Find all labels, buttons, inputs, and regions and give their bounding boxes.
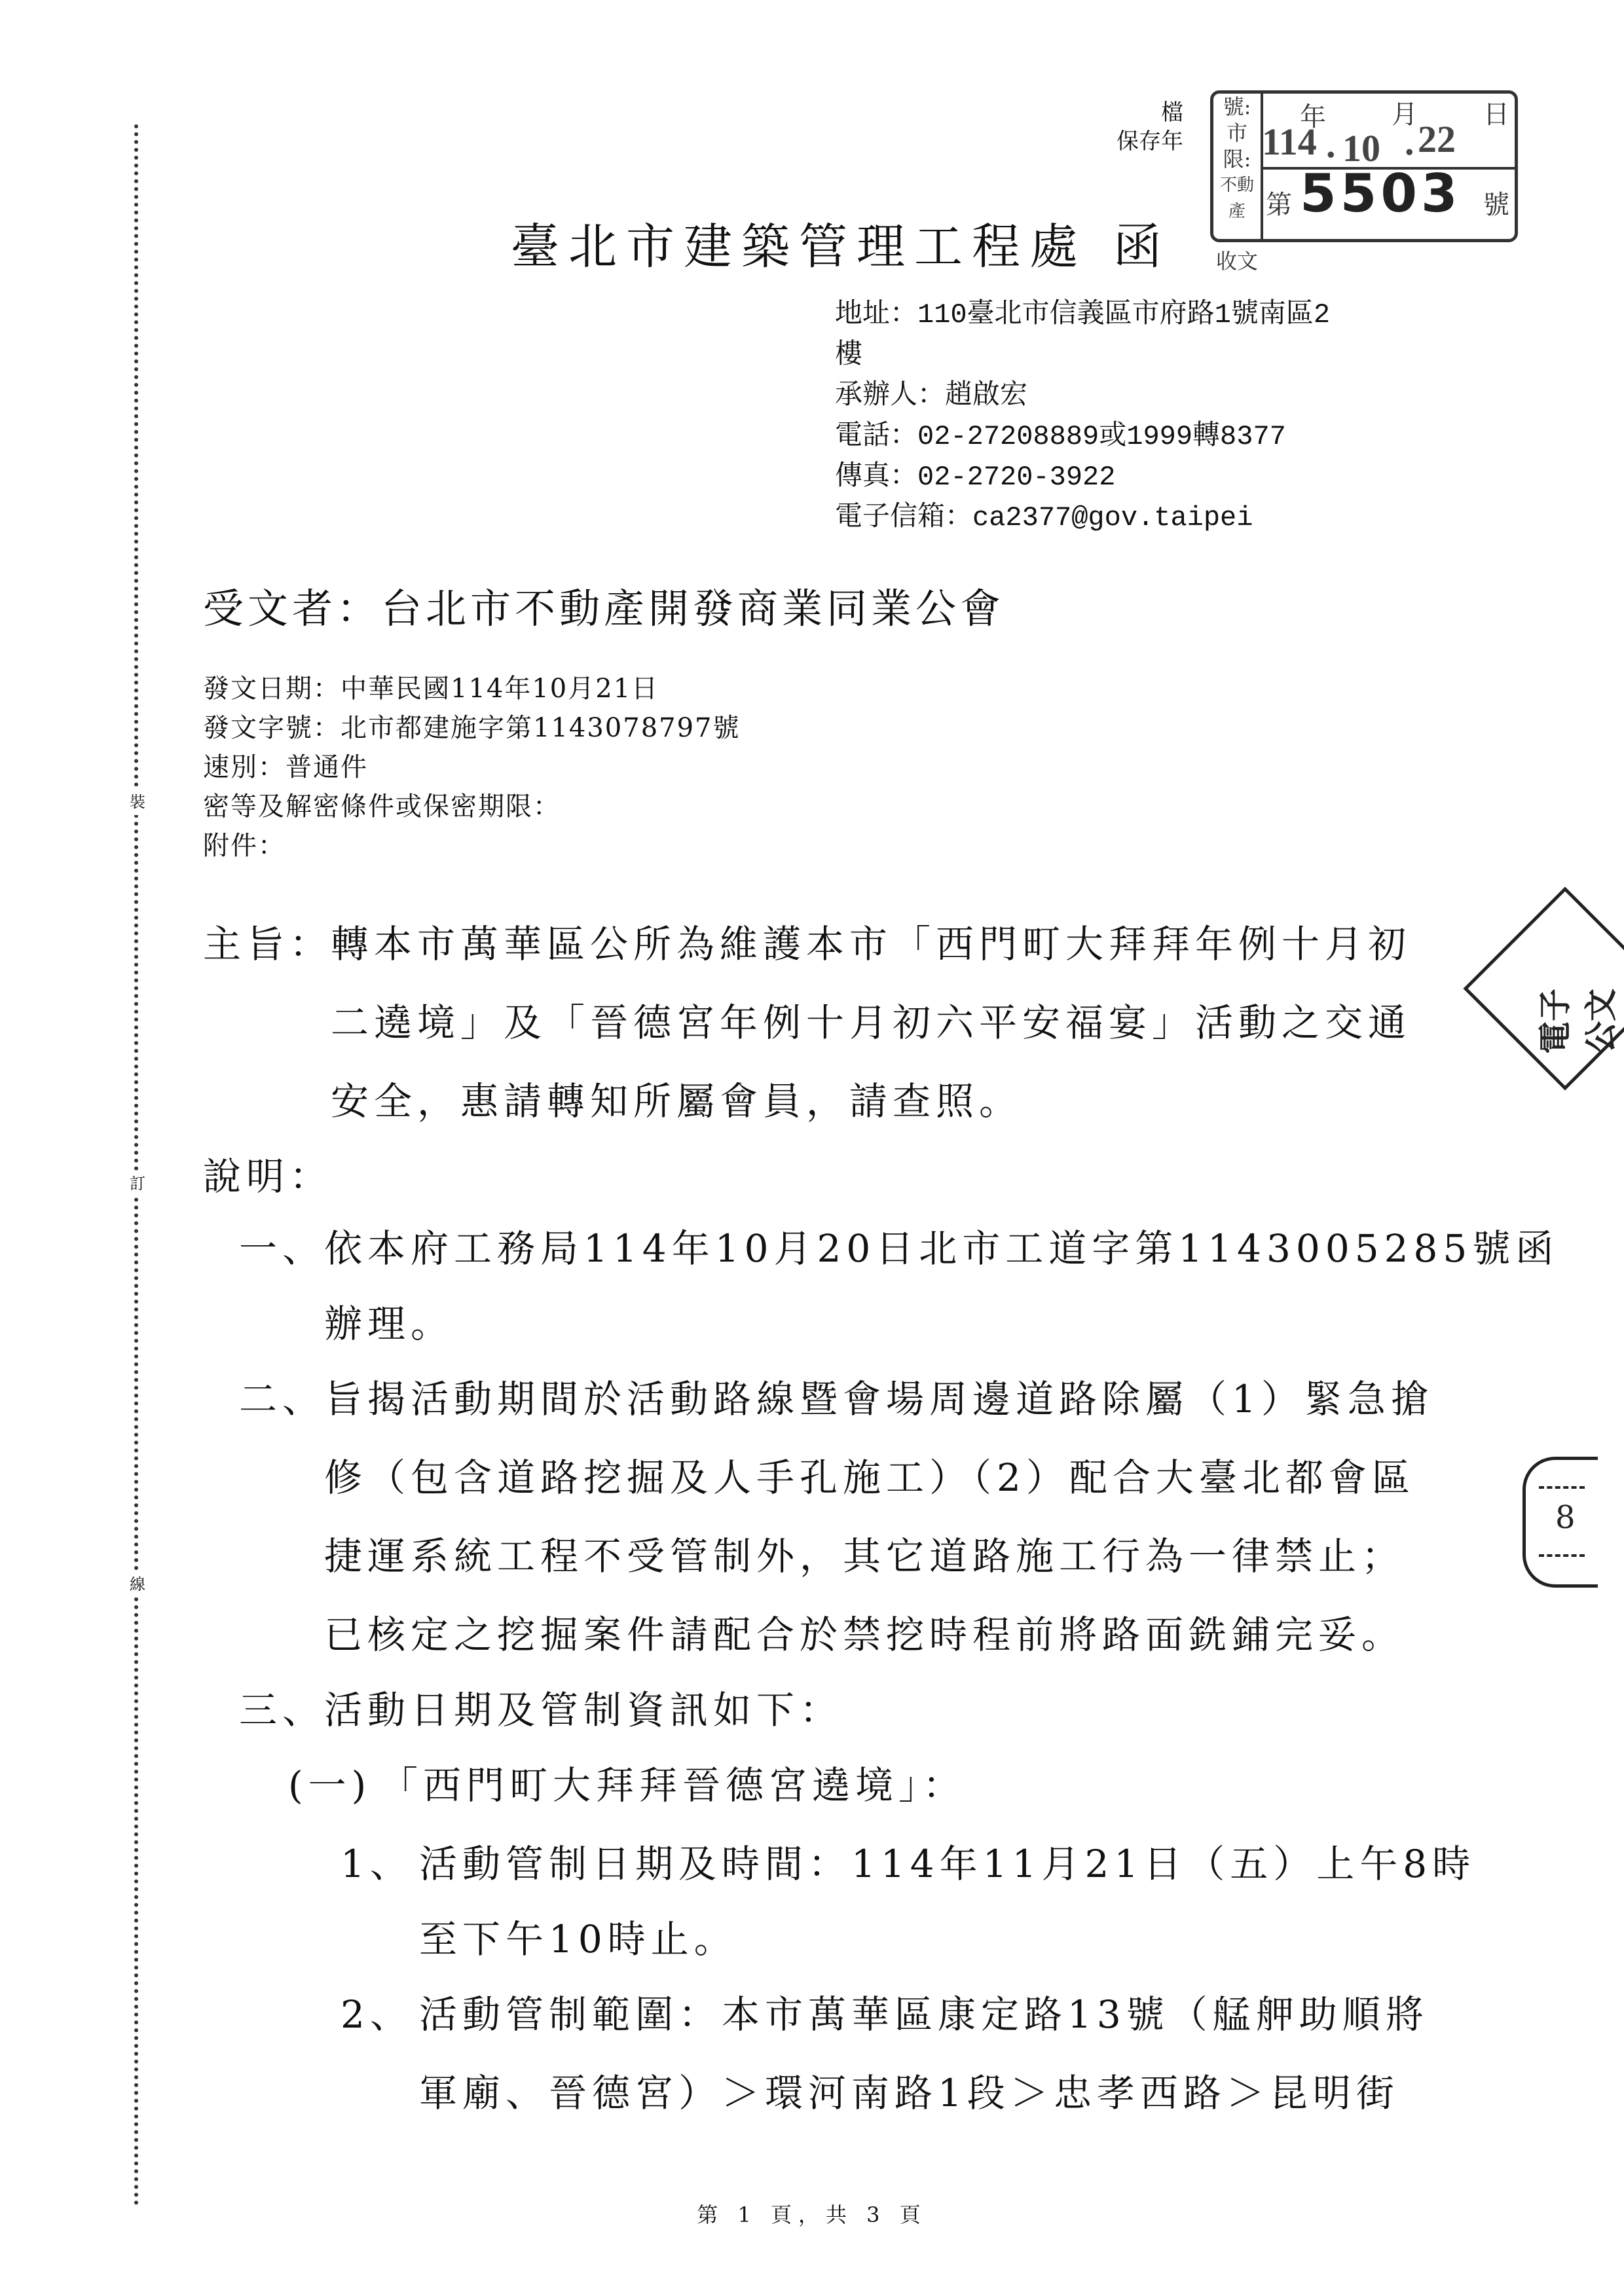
issue-date: 發文日期：中華民國114年10月21日: [203, 668, 659, 705]
item-2-line-1: 旨揭活動期間於活動路線暨會場周邊道路除屬（1）緊急搶: [324, 1368, 1434, 1423]
item-3-marker: 三、: [239, 1679, 325, 1734]
stamp-label-limit: 限:: [1213, 146, 1261, 172]
stamp-side-labels: 檔 保存年: [1116, 98, 1183, 156]
sub-item-2-marker: 2、: [341, 1984, 413, 2039]
address-line-1: 地址：110臺北市信義區市府路1號南區2: [835, 295, 1330, 335]
stamp-year: 114: [1262, 120, 1317, 164]
agency-name: 臺北市建築管理工程處: [511, 219, 1087, 275]
day-unit: 日: [1483, 94, 1509, 131]
item-2-marker: 二、: [239, 1368, 325, 1423]
number-prefix: 第: [1266, 184, 1292, 221]
sub-item-2-line-2: 軍廟、晉德宮）＞環河南路1段＞忠孝西路＞昆明街: [419, 2062, 1399, 2117]
retention-label: 保存年: [1116, 127, 1183, 156]
sub-item-1-line-2: 至下午10時止。: [419, 1908, 737, 1963]
subject-label: 主旨：: [203, 913, 333, 968]
seal-fragment-text: 8: [1555, 1499, 1576, 1536]
subsection-marker: (一): [288, 1755, 371, 1810]
subject-line-3: 安全，惠請轉知所屬會員，請查照。: [331, 1070, 1022, 1125]
phone: 電話：02-27208889或1999轉8377: [835, 416, 1286, 457]
binding-label-ding: 訂: [124, 1171, 151, 1197]
handler: 承辦人：趙啟宏: [835, 376, 1027, 416]
subject-line-2: 二遶境」及「晉德宮年例十月初六平安福宴」活動之交通: [331, 992, 1411, 1047]
item-2-line-2: 修（包含道路挖掘及人手孔施工）（2）配合大臺北都會區: [324, 1447, 1415, 1502]
binding-label-xian: 線: [124, 1571, 151, 1597]
sub-item-1-line-1: 活動管制日期及時間：114年11月21日（五）上午8時: [419, 1833, 1475, 1888]
page-number: 第 1 頁，共 3 頁: [0, 2198, 1624, 2229]
item-1-line-2: 辦理。: [324, 1293, 454, 1348]
speed-class: 速別：普通件: [203, 746, 368, 784]
subject-line-1: 轉本市萬華區公所為維護本市「西門町大拜拜年例十月初: [331, 913, 1411, 968]
number-suffix: 號: [1483, 184, 1509, 221]
document-title: 臺北市建築管理工程處函: [511, 208, 1171, 278]
stamp-left-column: 號:市 限: 不動產 收文: [1213, 94, 1263, 239]
document-number: 發文字號：北市都建施字第1143078797號: [203, 707, 741, 744]
binding-label-zhuang: 裝: [124, 789, 151, 815]
subsection-title: 「西門町大拜拜晉德宮遶境」：: [380, 1755, 966, 1810]
item-1-line-1: 依本府工務局114年10月20日北市工道字第1143005285號函: [324, 1218, 1559, 1273]
explanation-label: 說明：: [203, 1146, 333, 1201]
binding-margin-line: [134, 124, 138, 2206]
item-1-marker: 一、: [239, 1218, 325, 1273]
stamp-label-received: 收文: [1213, 248, 1261, 274]
email[interactable]: 電子信箱：ca2377@gov.taipei: [835, 498, 1253, 538]
stamp-label-number: 號:市: [1213, 94, 1261, 146]
item-3-line-1: 活動日期及管制資訊如下：: [324, 1679, 843, 1734]
attachments: 附件：: [203, 825, 286, 862]
item-2-line-3: 捷運系統工程不受管制外，其它道路施工行為一律禁止；: [324, 1525, 1405, 1580]
stamp-number-row: 第 5503 號: [1261, 167, 1515, 239]
stamp-label-org: 不動產: [1213, 172, 1261, 225]
electronic-document-stamp-text: 電子公文: [1532, 962, 1624, 1054]
item-2-line-4: 已核定之挖掘案件請配合於禁挖時程前將路面銑鋪完妥。: [324, 1604, 1405, 1659]
receipt-stamp: 號:市 限: 不動產 收文 年 月 日 114 . 10 . 22 第 5503…: [1210, 90, 1518, 242]
handwritten-receipt-number: 5503: [1300, 163, 1462, 224]
address-line-2: 樓: [835, 335, 862, 376]
classification: 密等及解密條件或保密期限：: [203, 786, 561, 823]
sub-item-2-line-1: 活動管制範圍：本市萬華區康定路13號（艋舺助順將: [419, 1984, 1429, 2039]
fax: 傳真：02-2720-3922: [835, 457, 1115, 498]
recipient: 受文者：台北市不動產開發商業同業公會: [203, 576, 1005, 634]
stamp-day: 22: [1418, 117, 1456, 161]
stamp-date-row: 年 月 日 114 . 10 . 22: [1261, 94, 1515, 170]
archive-label: 檔: [1116, 98, 1183, 127]
document-type: 函: [1113, 219, 1171, 275]
sub-item-1-marker: 1、: [341, 1833, 413, 1888]
